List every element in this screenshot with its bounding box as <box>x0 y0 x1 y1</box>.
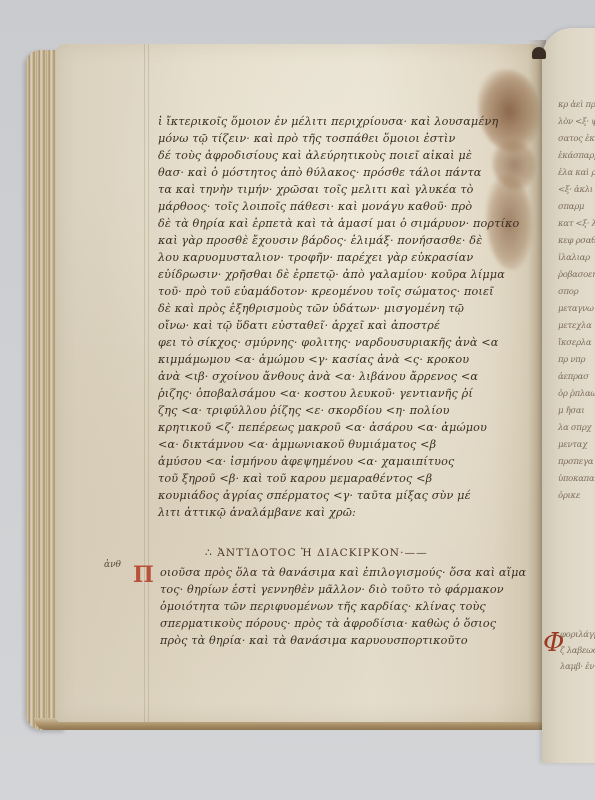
section-heading: ∴ ἈΝΤΊΔΟΤΟϹ Ἡ ΔΙΑϹΚΙΡΚΟΝ·—— <box>205 547 428 559</box>
ruling-line <box>144 44 145 722</box>
text-line: σπερματικοὺς πόρους· πρὸς τὰ ἀφροδίσια· … <box>160 617 496 630</box>
text-line: δέ τοὺς ἀφροδισίους καὶ ἀλεύρητικοὺς ποι… <box>158 149 472 162</box>
text-line: κουμιάδος ἀγρίας σπέρματος <γ· ταῦτα μίξ… <box>158 489 471 502</box>
facing-line: μετεχλα <box>558 321 592 331</box>
facing-line: κεφ ρσαθ <box>558 236 595 246</box>
text-line: λου καρυομυσταλιον· τροφῆν· παρέχει γὰρ … <box>158 251 473 264</box>
text-line: δὲ τὰ θηρία καὶ ἐρπετὰ καὶ τὰ ἀμασί μαι … <box>158 217 519 230</box>
text-line: οιοῦσα πρὸς ὅλα τὰ θανάσιμα καὶ ἐπιλογισ… <box>160 566 526 579</box>
facing-line: ζ λαβεωσ <box>560 646 595 656</box>
facing-line: ἴκσερλα <box>558 338 591 348</box>
text-line: τοῦ ξηροῦ <β· καὶ τοῦ καρου μεμαραθέντος… <box>158 472 432 485</box>
text-line: μάρθοος· τοῖς λοιποῖς πάθεσι· καὶ μονάγυ… <box>158 200 472 213</box>
manuscript-photo: κρ ἀεὶ πρὸς ταῦ λὸν <ξ· ψ σατος ἐκα ἐκάσ… <box>0 0 595 800</box>
text-line: θασ· καὶ ὁ μόστητος ἀπὸ θύλακος· πρόσθε … <box>158 166 482 179</box>
facing-line: ἐλα καὶ ρι <box>558 168 595 178</box>
facing-line: λαμβ· ἐν <box>560 662 594 672</box>
text-line: πρὸς τὰ θηρία· καὶ τὰ θανάσιμα καρυουσπο… <box>160 634 468 647</box>
facing-line: σατος ἐκα <box>558 134 595 144</box>
facing-line: φοριλάγμα <box>560 630 595 640</box>
facing-line: ὀρ ῥπλαω <box>558 389 595 399</box>
text-line: κιμμάμωμου <α· ἀμώμου <γ· κασίας ἀνὰ <ς·… <box>158 353 469 366</box>
text-line: καὶ γὰρ προσθὲ ἔχουσιν βάρδος· ἑλιμάξ· π… <box>158 234 482 247</box>
text-line: <α· δικτάμνου <α· ἀμμωνιακοῦ θυμιάματος … <box>158 438 436 451</box>
ruling-line <box>148 44 149 722</box>
facing-line: μεταγνω <box>558 304 594 314</box>
text-line: ἀμύσου <α· ἰσμήνου ἀφεψημένου <α· χαμαιπ… <box>158 455 454 468</box>
text-line: ζης <α· τριφύλλου ῥίζης <ε· σκορδίου <η·… <box>158 404 450 417</box>
facing-line: σπορ <box>558 287 578 297</box>
text-line: οἴνω· καὶ τῷ ὕδατι εὐσταθεῖ· ἀρχεῖ καὶ ἀ… <box>158 319 440 332</box>
text-line: ἀνὰ <ιβ· σχοίνου ἄνθους ἀνὰ <α· λιβάνου … <box>158 370 478 383</box>
facing-line: κρ ἀεὶ πρὸς ταῦ <box>558 100 595 110</box>
facing-line: πρσπεγα <box>558 457 593 467</box>
text-line: τα καὶ τηνὴν τιμήν· χρῶσαι τοῖς μελιτι κ… <box>158 183 474 196</box>
rubric-initial: Π <box>133 564 154 586</box>
text-line: λιτι ἀττικῷ ἀναλάμβανε καὶ χρῶ: <box>158 506 356 519</box>
facing-line: ὑποκαπα <box>558 474 594 484</box>
facing-line: πρ νπρ <box>558 355 585 365</box>
text-line: φει τὸ σίκχος· σμύρνης· φολιτης· ναρδουσ… <box>158 336 499 349</box>
margin-note: ἀνθ <box>104 560 121 570</box>
facing-rubric-initial: Φ <box>543 628 564 658</box>
facing-line: μ ἤσαι <box>558 406 584 416</box>
text-line: εὐίδρωσιν· χρῆσθαι δὲ ἐρπετῷ· ἀπὸ γαλαμί… <box>158 268 505 281</box>
text-line: κρητικοῦ <ζ· πεπέρεως μακροῦ <α· ἀσάρου … <box>158 421 487 434</box>
binding-clasp <box>532 47 546 59</box>
text-line: ὁμοιότητα τῶν περιφυομένων τῆς καρδίας· … <box>160 600 486 613</box>
facing-line: <ξ· ἀκλι <box>558 185 593 195</box>
facing-line: κατ <ξ· λι <box>558 219 595 229</box>
text-line: ῥιζης· ὀποβαλσάμου <α· κοστου λευκοῦ· γε… <box>158 387 473 400</box>
text-line: ἰ ἴκτερικοῖς ὅμοιον ἐν μέλιτι περιχρίουσ… <box>158 115 498 128</box>
facing-line: λα σπρχ <box>558 423 591 433</box>
facing-line: ἀεπρασ <box>558 372 589 382</box>
text-line: τος· θηρίων ἐστὶ γεννηθὲν μᾶλλον· διὸ το… <box>160 583 504 596</box>
facing-line: ἰλαλιαρ <box>558 253 590 263</box>
facing-line: ἐκάσπαρμ <box>558 151 595 161</box>
facing-line: σπαρμ <box>558 202 584 212</box>
text-line: τοῦ· πρὸ τοῦ εὐαμάδοτον· κρεομένου τοῖς … <box>158 285 494 298</box>
facing-line: μενταχ <box>558 440 587 450</box>
facing-line: ὀρικε <box>558 491 580 501</box>
facing-line: ῥοβασοεη <box>558 270 595 280</box>
text-line: δὲ καὶ πρὸς ἐξηθρισμοὺς τῶν ὑδάτων· μισγ… <box>158 302 464 315</box>
text-line: μόνω τῷ τίζειν· καὶ πρὸ τῆς τοσπάθει ὅμο… <box>158 132 455 145</box>
facing-line: λὸν <ξ· ψ <box>558 117 595 127</box>
